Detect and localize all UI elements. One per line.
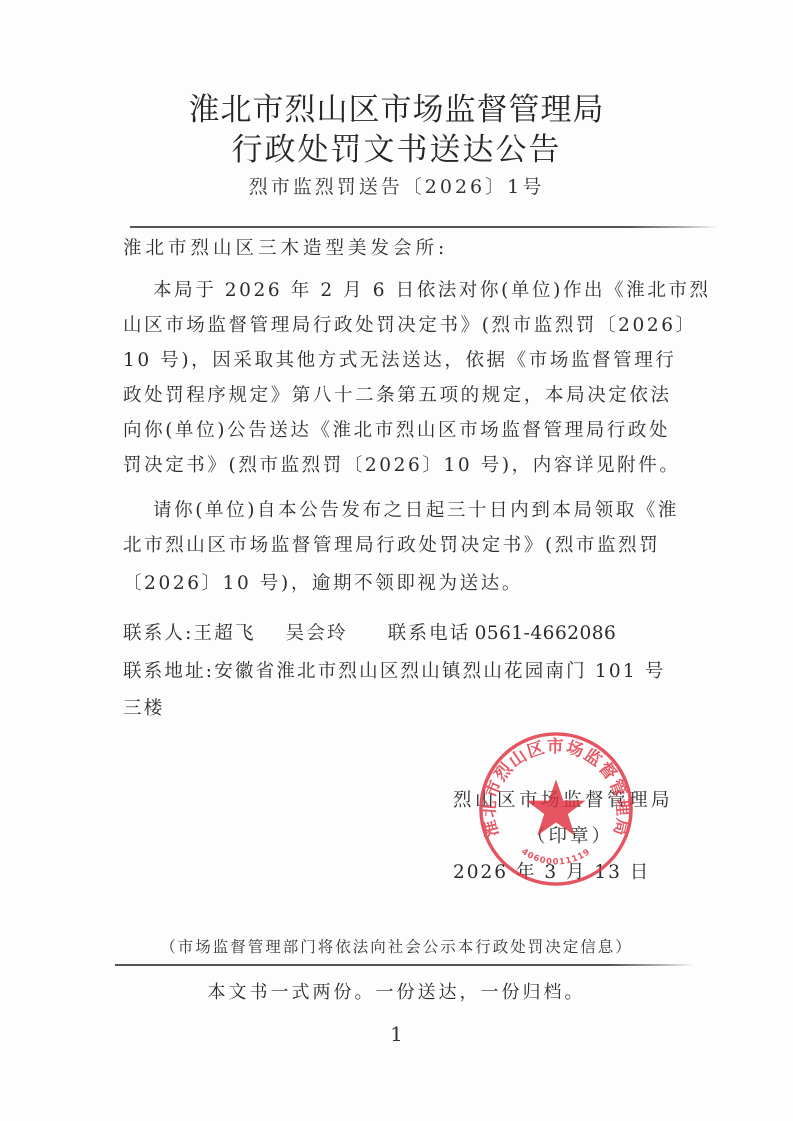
footer-divider	[115, 964, 695, 966]
paragraph1-line: 向你(单位)公告送达《淮北市烈山区市场监督管理局行政处	[123, 416, 670, 442]
signature-seal-label: （印章）	[527, 822, 613, 848]
document-title-line1: 淮北市烈山区市场监督管理局	[0, 84, 793, 129]
document-title-line2: 行政处罚文书送达公告	[0, 124, 793, 169]
document-number: 烈市监烈罚送告〔2026〕1号	[0, 172, 793, 199]
paragraph1-line: 10 号)，因采取其他方式无法送达，依据《市场监督管理行	[123, 346, 676, 372]
public-disclosure-notice: （市场监督管理部门将依法向社会公示本行政处罚决定信息）	[0, 935, 793, 957]
paragraph1-line: 山区市场监督管理局行政处罚决定书》(烈市监烈罚〔2026〕	[123, 311, 697, 337]
document-page: 淮北市烈山区市场监督管理局 行政处罚文书送达公告 烈市监烈罚送告〔2026〕1号…	[0, 0, 793, 1121]
page-number: 1	[0, 1022, 793, 1046]
contact-phone-label: 联系电话	[388, 619, 471, 645]
paragraph2-line: 〔2026〕10 号)，逾期不领即视为送达。	[123, 569, 523, 595]
contact-person-1: 王超飞	[194, 619, 256, 645]
contact-people-row: 联系人:王超飞吴会玲联系电话0561-4662086	[123, 619, 616, 645]
contact-address-continued: 三楼	[123, 694, 164, 720]
paragraph2-line: 北市烈山区市场监督管理局行政处罚决定书》(烈市监烈罚	[123, 531, 660, 557]
paragraph1-line: 本局于 2026 年 2 月 6 日依法对你(单位)作出《淮北市烈	[153, 276, 711, 302]
contact-phone: 0561-4662086	[475, 623, 617, 644]
signature-organization: 烈山区市场监督管理局	[453, 786, 673, 812]
contact-person-label: 联系人:	[123, 619, 194, 645]
contact-person-2: 吴会玲	[286, 619, 348, 645]
recipient: 淮北市烈山区三木造型美发会所:	[123, 234, 448, 260]
paragraph1-line: 政处罚程序规定》第八十二条第五项的规定，本局决定依法	[123, 381, 672, 407]
copies-note: 本文书一式两份。一份送达，一份归档。	[0, 978, 793, 1004]
paragraph1-line: 罚决定书》(烈市监烈罚〔2026〕10 号)，内容详见附件。	[123, 451, 680, 477]
paragraph2-line: 请你(单位)自本公告发布之日起三十日内到本局领取《淮	[153, 496, 679, 522]
signature-date: 2026 年 3 月 13 日	[453, 858, 650, 884]
contact-address: 联系地址:安徽省淮北市烈山区烈山镇烈山花园南门 101 号	[123, 657, 666, 683]
header-divider	[130, 226, 718, 228]
